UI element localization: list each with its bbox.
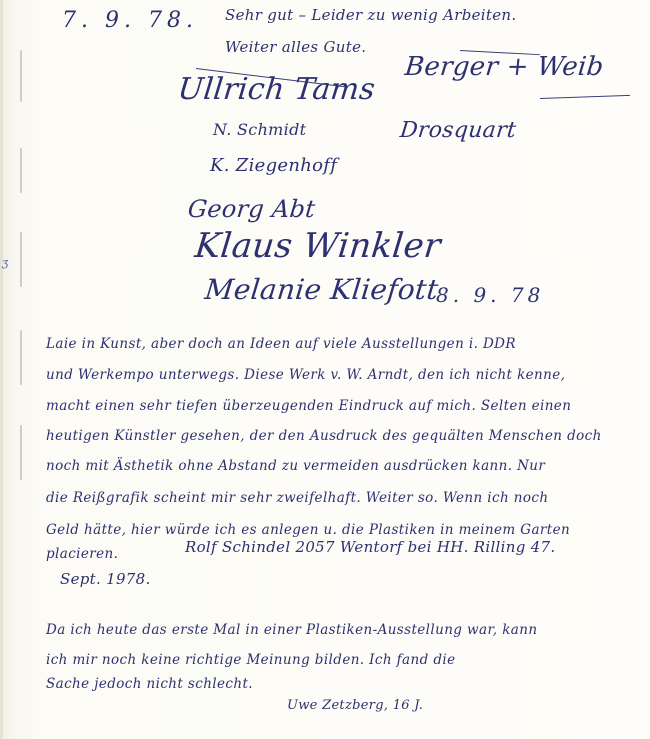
signature-melanie-kliefott: Melanie Kliefott <box>203 273 440 306</box>
signature-underline <box>540 95 630 99</box>
signature-k-ziegenhoff: K. Ziegenhoff <box>210 155 337 176</box>
signature-n-schmidt: N. Schmidt <box>213 120 306 139</box>
binding-stitch <box>20 50 22 102</box>
margin-mark: ʒ <box>2 256 9 269</box>
entry-comment-line1: Sehr gut – Leider zu wenig Arbeiten. <box>225 6 516 24</box>
entry-line: die Reißgrafik scheint mir sehr zweifelh… <box>46 490 548 506</box>
entry-signature: Uwe Zetzberg, 16 J. <box>287 698 423 713</box>
binding-stitch <box>20 232 22 287</box>
entry-date: 7. 9. 78. <box>62 8 198 33</box>
entry-line: Da ich heute das erste Mal in einer Plas… <box>46 622 537 638</box>
signature-berger-weib: Berger + Weib <box>403 52 605 82</box>
binding-stitch <box>20 425 22 480</box>
entry-comment-line2: Weiter alles Gute. <box>225 38 366 56</box>
entry-date: Sept. 1978. <box>60 570 151 588</box>
entry-line: macht einen sehr tiefen überzeugenden Ei… <box>46 398 571 414</box>
binding-stitch <box>20 330 22 385</box>
entry-line: ich mir noch keine richtige Meinung bild… <box>46 652 455 668</box>
signature-drosquart: Drosquart <box>399 118 518 143</box>
entry-line: heutigen Künstler gesehen, der den Ausdr… <box>46 428 602 444</box>
page-spine <box>0 0 3 739</box>
entry-line: Geld hätte, hier würde ich es anlegen u.… <box>46 522 570 538</box>
entry-line: Sache jedoch nicht schlecht. <box>46 676 253 692</box>
entry-line: und Werkempo unterwegs. Diese Werk v. W.… <box>46 367 565 383</box>
signature-ullrich-tams: Ullrich Tams <box>176 72 377 107</box>
entry-line: placieren. <box>46 546 118 562</box>
signature-date: 8. 9. 78 <box>436 283 544 307</box>
guestbook-page: ʒ 7. 9. 78. Sehr gut – Leider zu wenig A… <box>0 0 650 739</box>
entry-line: Laie in Kunst, aber doch an Ideen auf vi… <box>46 336 516 352</box>
binding-stitch <box>20 148 22 193</box>
signature-georg-abt: Georg Abt <box>187 195 317 223</box>
entry-signature: Rolf Schindel 2057 Wentorf bei HH. Rilli… <box>185 538 555 556</box>
signature-klaus-winkler: Klaus Winkler <box>193 226 443 266</box>
entry-line: noch mit Ästhetik ohne Abstand zu vermei… <box>46 458 545 474</box>
